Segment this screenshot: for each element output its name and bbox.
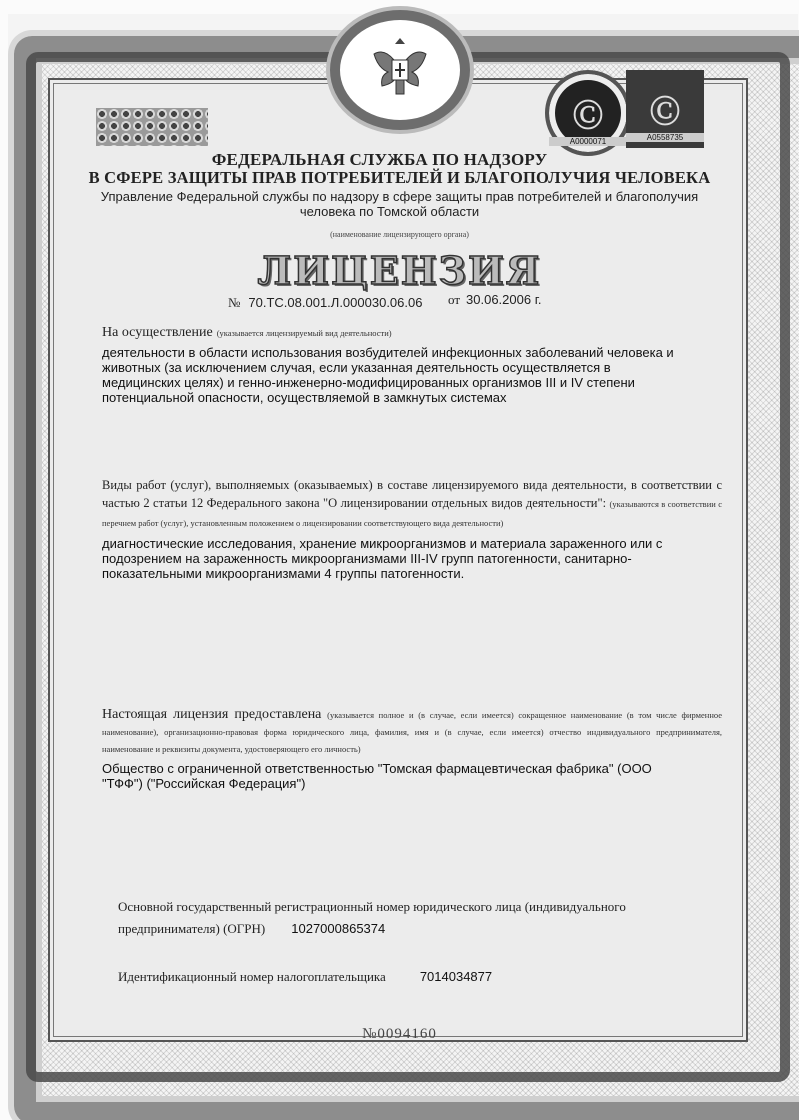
document-title: ЛИЦЕНЗИЯ: [0, 248, 799, 293]
seal-code: A0558735: [626, 133, 704, 142]
hologram-seal-1: Ⓒ A0000071: [545, 70, 631, 156]
number-sign: №: [228, 295, 240, 310]
works-section: Виды работ (услуг), выполняемых (оказыва…: [102, 476, 722, 581]
inn-label: Идентификационный номер налогоплательщик…: [118, 969, 386, 984]
activity-line: потенциальной опасности, осуществляемой …: [102, 390, 722, 405]
licensee-line: Общество с ограниченной ответственностью…: [102, 761, 722, 776]
hologram-seal-2: Ⓒ A0558735: [626, 70, 704, 148]
department-line2: человека по Томской области: [0, 204, 789, 219]
activity-label: На осуществление: [102, 325, 213, 340]
agency-title-line2: В СФЕРЕ ЗАЩИТЫ ПРАВ ПОТРЕБИТЕЛЕЙ И БЛАГО…: [0, 168, 799, 188]
activity-line: деятельности в области использования воз…: [102, 345, 722, 360]
state-emblem: [330, 10, 470, 130]
inn-section: Идентификационный номер налогоплательщик…: [118, 968, 738, 986]
works-line: показательными микроорганизмами 4 группы…: [102, 566, 722, 581]
hologram-seal-icon: Ⓒ: [650, 87, 680, 131]
security-pattern: [96, 108, 208, 146]
licensee-line: "ТФФ") ("Российская Федерация"): [102, 776, 722, 791]
seal-code: A0000071: [549, 137, 627, 146]
licensee-label: Настоящая лицензия предоставлена: [102, 707, 321, 722]
date-prefix: от: [448, 292, 460, 307]
license-date-value: 30.06.2006 г.: [466, 292, 541, 307]
works-line: диагностические исследования, хранение м…: [102, 536, 722, 551]
activity-line: животных (за исключением случая, если ук…: [102, 360, 722, 375]
license-number-value: 70.ТС.08.001.Л.000030.06.06: [248, 295, 422, 310]
department-line1: Управление Федеральной службы по надзору…: [0, 189, 799, 204]
hologram-seal-icon: Ⓒ: [573, 91, 603, 135]
double-headed-eagle-icon: [360, 30, 440, 110]
activity-hint: (указывается лицензируемый вид деятельно…: [217, 328, 392, 338]
activity-section: На осуществление (указывается лицензируе…: [102, 323, 722, 405]
license-date: от30.06.2006 г.: [448, 292, 541, 308]
department-caption: (наименование лицензирующего органа): [0, 230, 799, 239]
works-line: подозрением на зараженность микроорганиз…: [102, 551, 722, 566]
agency-title-line1: ФЕДЕРАЛЬНАЯ СЛУЖБА ПО НАДЗОРУ: [0, 150, 779, 170]
ogrn-section: Основной государственный регистрационный…: [118, 896, 718, 940]
activity-line: медицинских целях) и генно-инженерно-мод…: [102, 375, 722, 390]
inn-value: 7014034877: [420, 969, 492, 984]
ogrn-value: 1027000865374: [291, 921, 385, 936]
license-number: №70.ТС.08.001.Л.000030.06.06: [228, 295, 422, 311]
licensee-section: Настоящая лицензия предоставлена (указыв…: [102, 706, 722, 791]
form-serial-number: №0094160: [0, 1026, 799, 1043]
